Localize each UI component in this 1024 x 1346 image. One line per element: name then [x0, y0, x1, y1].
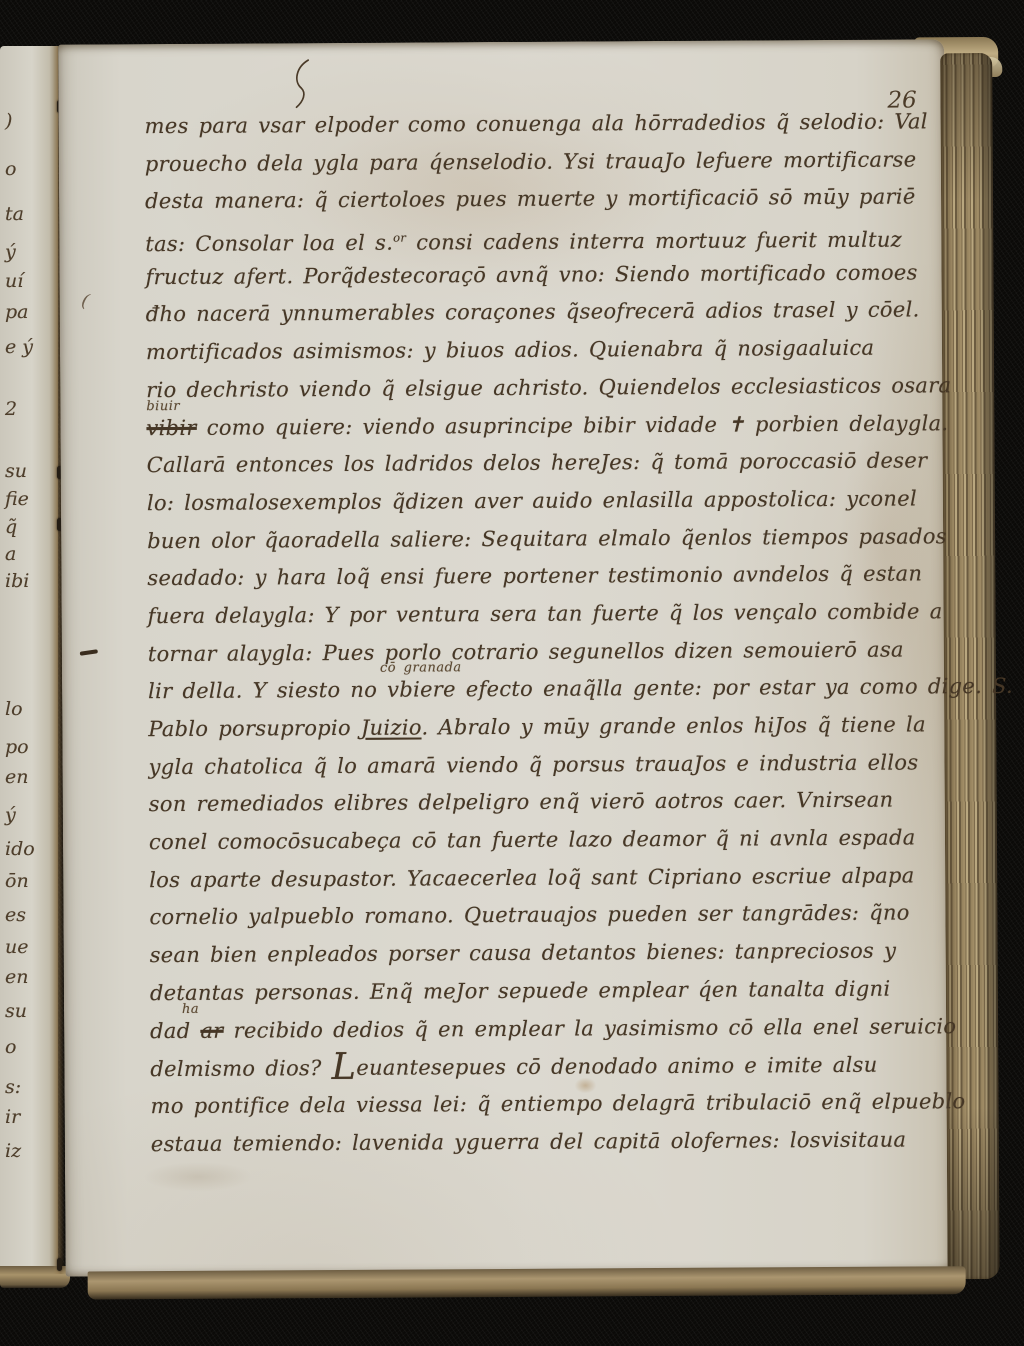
manuscript-photo: )otaýuípae ý2sufieq̃aibilopoenýidoōnesue…: [0, 0, 1024, 1346]
line-segment: estaua temiendo: lavenida yguerra del ca…: [151, 1127, 907, 1156]
manuscript-line: estaua temiendo: lavenida yguerra del ca…: [151, 1121, 951, 1164]
line-segment: son remediados elibres delpeligro enq̃ v…: [149, 788, 894, 817]
line-segment: recibido dedios q̃ en emplear la yasimis…: [224, 1014, 957, 1042]
line-segment: delmismo dios?: [150, 1056, 331, 1081]
line-segment: lir della. Y siesto no vbiere efecto ena…: [148, 674, 1013, 703]
line-segment: or: [393, 231, 406, 245]
line-segment: rio dechristo viendo q̃ elsigue achristo…: [146, 373, 951, 402]
manuscript-line: los aparte desupastor. Yacaecerlea loq̃ …: [149, 857, 949, 900]
line-segment: detantas personas. Enq̃ meJor sepuede em…: [150, 976, 891, 1005]
line-segment: lo: losmalosexemplos q̃dizen aver auido …: [147, 486, 917, 515]
line-segment: Pablo porsupropio: [148, 716, 361, 741]
line-segment: sean bien enpleados porser causa detanto…: [150, 939, 897, 968]
interlinear-correction: cō granada: [380, 662, 462, 675]
line-segment: đho nacerā ynnumerables coraçones q̃seof…: [146, 298, 920, 327]
line-segment: dad: [150, 1018, 200, 1042]
line-segment: ar: [200, 1018, 223, 1042]
manuscript-line: biuirvibir como quiere: viendo asuprinci…: [146, 405, 946, 448]
manuscript-line: lo: losmalosexemplos q̃dizen aver auido …: [147, 480, 947, 523]
manuscript-line: mo pontifice dela viessa lei: q̃ entiemp…: [150, 1083, 950, 1126]
manuscript-line: ygla chatolica q̃ lo amarā viendo q̃ por…: [148, 744, 948, 787]
line-segment: . Abralo y mūy grande enlos hiJos q̃ tie…: [421, 712, 926, 739]
manuscript-line: conel comocōsucabeça cō tan fuerte lazo …: [149, 819, 949, 862]
manuscript-line: fructuz afert. Porq̃destecoraçō avnq̃ vn…: [145, 254, 945, 297]
line-segment: prouecho dela ygla para q́enselodio. Ysi…: [145, 147, 917, 176]
line-segment: tas: Consolar loa el s.: [145, 231, 393, 257]
line-segment: fuera delaygla: Y por ventura sera tan f…: [148, 599, 943, 628]
line-segment: seadado: y hara loq̃ ensi fuere portener…: [147, 562, 922, 591]
manuscript-line: delmismo dios? Leuantesepues cō denodado…: [150, 1045, 950, 1088]
manuscript-line: son remediados elibres delpeligro enq̃ v…: [149, 782, 949, 825]
manuscript-line: detantas personas. Enq̃ meJor sepuede em…: [150, 970, 950, 1013]
line-segment: conel comocōsucabeça cō tan fuerte lazo …: [149, 826, 916, 855]
line-segment: Juizio: [361, 715, 422, 739]
text-block: mes para vsar elpoder como conuenga ala …: [145, 103, 951, 1163]
manuscript-line: hadad ar recibido dedios q̃ en emplear l…: [150, 1008, 950, 1051]
manuscript-line: fuera delaygla: Y por ventura sera tan f…: [147, 593, 947, 636]
line-segment: euantesepues cō denodado animo e imite a…: [356, 1053, 877, 1080]
manuscript-line: buen olor q̃aoradella saliere: Sequitara…: [147, 518, 947, 561]
manuscript-line: đho nacerā ynnumerables coraçones q̃seof…: [146, 292, 946, 335]
manuscript-line: sean bien enpleados porser causa detanto…: [150, 932, 950, 975]
line-segment: consi cadens interra mortuuz fuerit mult…: [406, 228, 902, 255]
manuscript-line: cornelio yalpueblo romano. Quetrauajos p…: [149, 895, 949, 938]
manuscript-line: Pablo porsupropio Juizio. Abralo y mūy g…: [148, 706, 948, 749]
flourish-mark: [289, 57, 315, 109]
manuscript-line: Callarā entonces los ladridos delos here…: [147, 442, 947, 485]
interlinear-correction: ha: [182, 1002, 199, 1015]
manuscript-line: cō granadalir della. Y siesto no vbiere …: [148, 669, 948, 712]
line-segment: los aparte desupastor. Yacaecerlea loq̃ …: [149, 863, 914, 892]
line-segment: vibir: [146, 415, 196, 439]
manuscript-line: tornar alaygla: Pues porlo cotrario segu…: [148, 631, 948, 674]
line-segment: L: [331, 1045, 356, 1088]
line-segment: mo pontifice dela viessa lei: q̃ entiemp…: [151, 1089, 966, 1118]
line-segment: desta manera: q̃ ciertoloes pues muerte …: [145, 185, 916, 214]
line-segment: mes para vsar elpoder como conuenga ala …: [145, 109, 928, 138]
line-segment: ygla chatolica q̃ lo amarā viendo q̃ por…: [148, 750, 918, 779]
book-page-group: 26 ( mes para vsar elpoder como conuenga…: [0, 0, 1024, 1346]
line-segment: cornelio yalpueblo romano. Quetrauajos p…: [149, 901, 909, 930]
bottom-page-edge: [88, 1266, 966, 1299]
manuscript-line: prouecho dela ygla para q́enselodio. Ysi…: [145, 141, 945, 184]
line-segment: buen olor q̃aoradella saliere: Sequitara…: [147, 524, 947, 553]
manuscript-line: tas: Consolar loa el s.or consi cadens i…: [145, 216, 945, 259]
line-segment: tornar alaygla: Pues porlo cotrario segu…: [148, 637, 904, 666]
interlinear-correction: biuir: [146, 399, 180, 412]
manuscript-line: seadado: y hara loq̃ ensi fuere portener…: [147, 556, 947, 599]
manuscript-line: mes para vsar elpoder como conuenga ala …: [145, 103, 945, 146]
line-segment: fructuz afert. Porq̃destecoraçō avnq̃ vn…: [145, 260, 917, 289]
manuscript-line: rio dechristo viendo q̃ elsigue achristo…: [146, 367, 946, 410]
line-segment: Callarā entonces los ladridos delos here…: [147, 449, 928, 478]
manuscript-line: desta manera: q̃ ciertoloes pues muerte …: [145, 179, 945, 222]
manuscript-line: mortificados asimismos: y biuos adios. Q…: [146, 329, 946, 372]
line-segment: mortificados asimismos: y biuos adios. Q…: [146, 336, 874, 364]
line-segment: como quiere: viendo asuprincipe bibir vi…: [197, 411, 949, 440]
